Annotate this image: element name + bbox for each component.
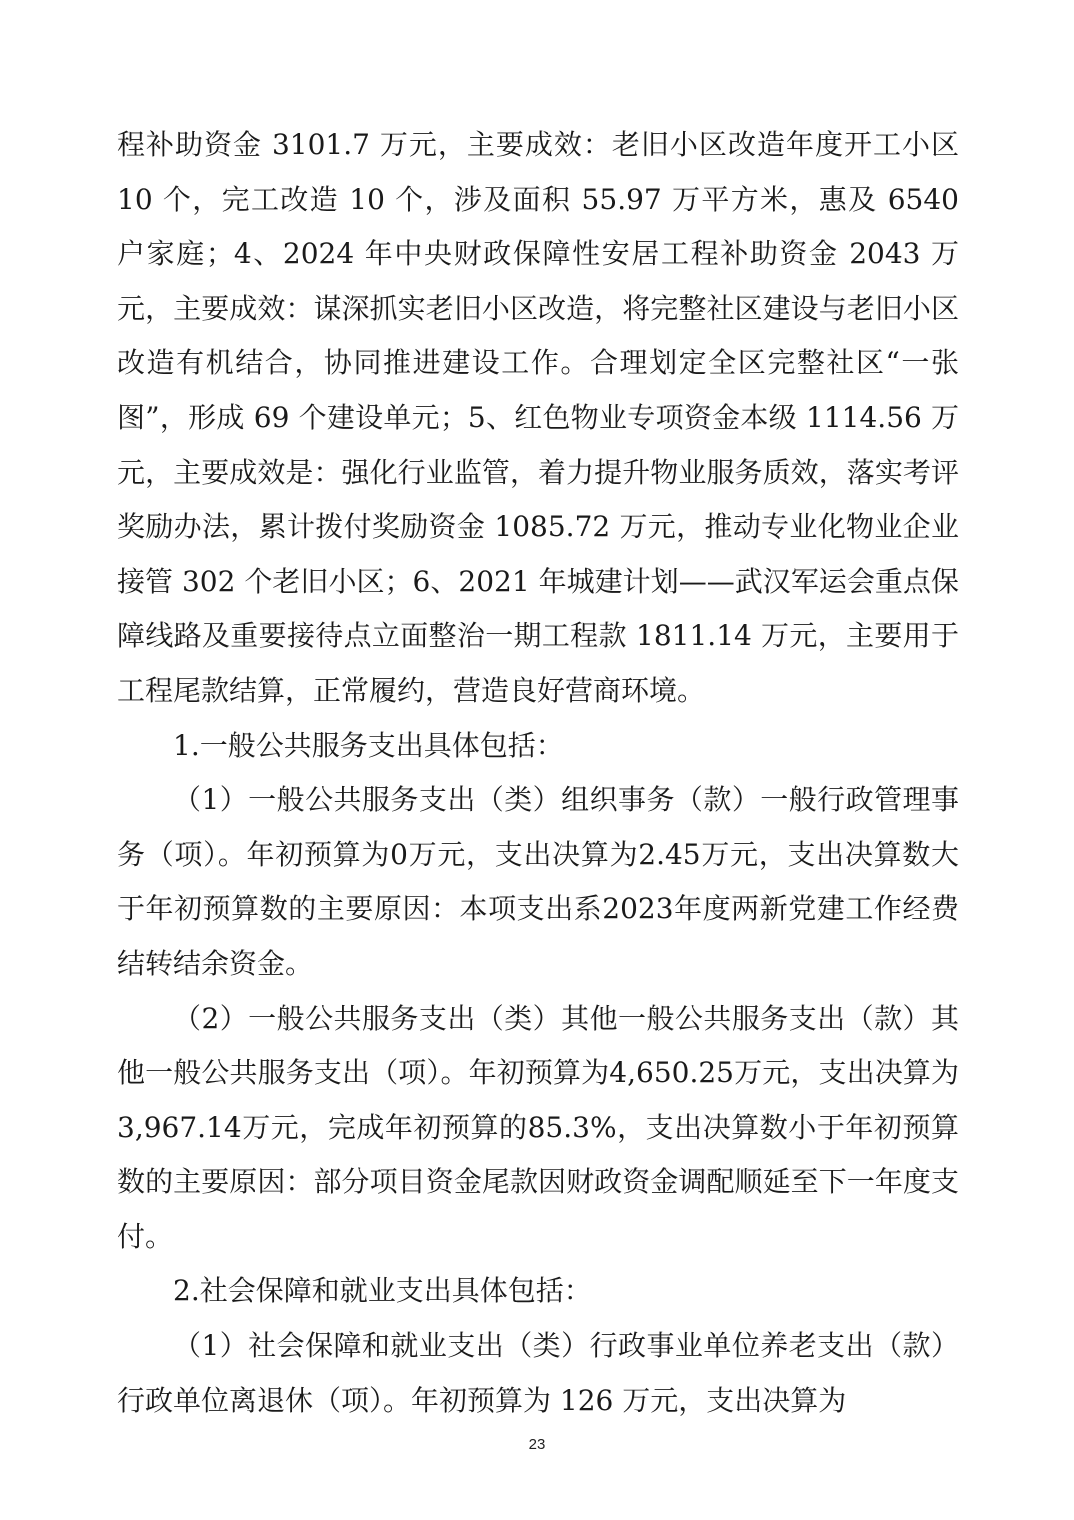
paragraph-general-admin-affairs: （1）一般公共服务支出（类）组织事务（款）一般行政管理事务（项）。年初预算为0万… <box>117 773 959 991</box>
document-page: 程补助资金 3101.7 万元，主要成效：老旧小区改造年度开工小区10 个，完工… <box>0 0 1074 1520</box>
paragraph-admin-retirement: （1）社会保障和就业支出（类）行政事业单位养老支出（款）行政单位离退休（项）。年… <box>117 1319 959 1428</box>
page-number: 23 <box>0 1436 1074 1453</box>
heading-general-public-services: 1.一般公共服务支出具体包括： <box>117 719 959 774</box>
paragraph-other-public-services: （2）一般公共服务支出（类）其他一般公共服务支出（款）其他一般公共服务支出（项）… <box>117 992 959 1265</box>
body-text: 程补助资金 3101.7 万元，主要成效：老旧小区改造年度开工小区10 个，完工… <box>117 118 959 1428</box>
heading-social-security: 2.社会保障和就业支出具体包括： <box>117 1264 959 1319</box>
paragraph-continued-achievements: 程补助资金 3101.7 万元，主要成效：老旧小区改造年度开工小区10 个，完工… <box>117 118 959 719</box>
